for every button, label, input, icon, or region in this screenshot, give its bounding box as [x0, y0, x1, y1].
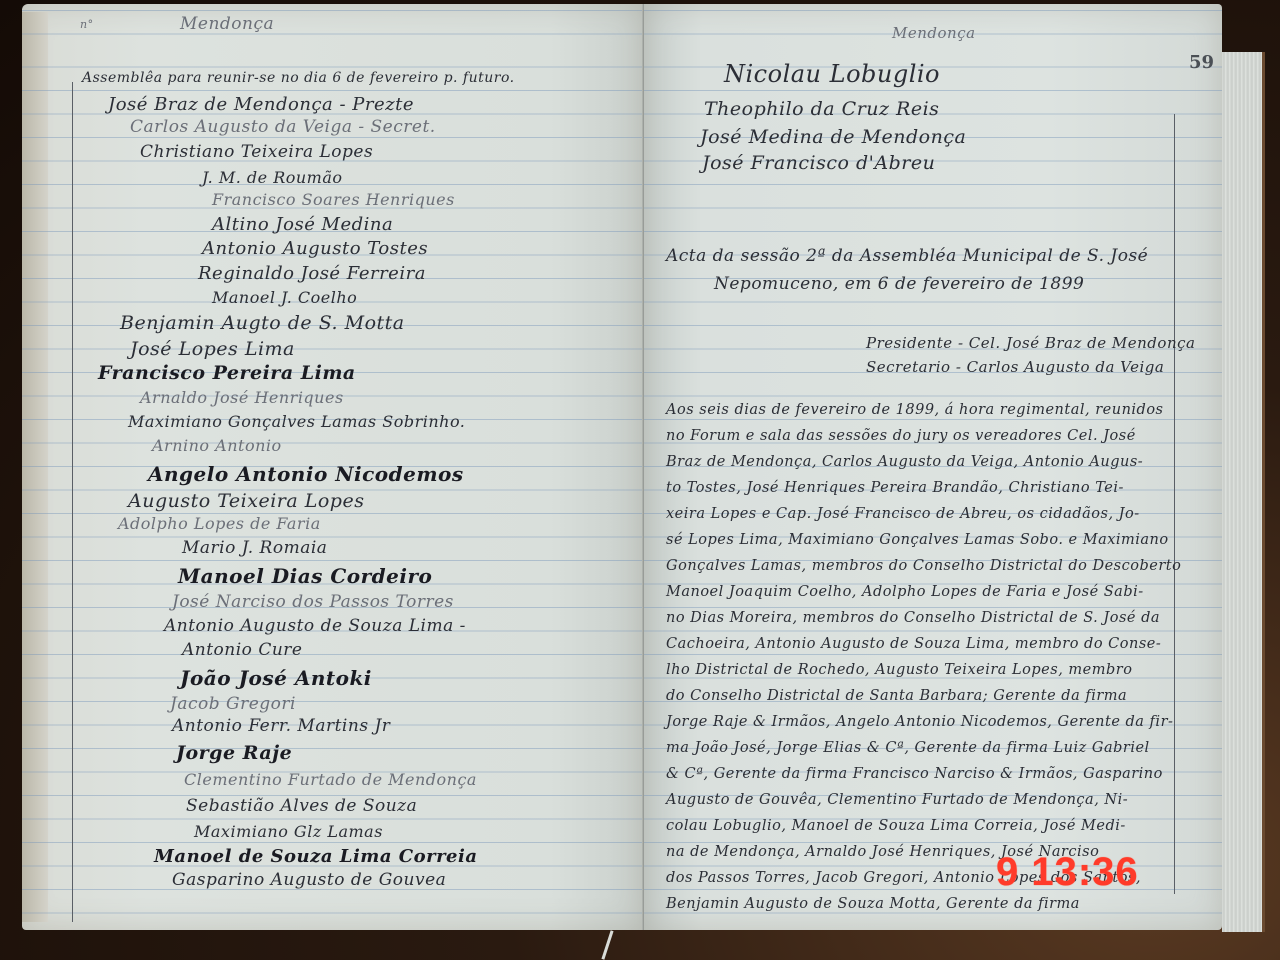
signature: Clementino Furtado de Mendonça	[184, 770, 477, 789]
body-line: no Forum e sala das sessões do jury os v…	[666, 428, 1136, 444]
signature: Manoel Dias Cordeiro	[178, 564, 432, 588]
minutes-title-line: Acta da sessão 2ª da Assembléa Municipal…	[666, 246, 1148, 266]
body-line: Braz de Mendonça, Carlos Augusto da Veig…	[666, 454, 1143, 470]
signature: José Francisco d'Abreu	[702, 152, 935, 174]
body-line: lho Districtal de Rochedo, Augusto Teixe…	[666, 662, 1132, 678]
signature: Antonio Ferr. Martins Jr	[172, 716, 390, 736]
right-page: Mendonça 59 Nicolau Lobuglio Theophilo d…	[644, 4, 1222, 930]
body-line: Gonçalves Lamas, membros do Conselho Dis…	[666, 558, 1181, 574]
signature: Arnino Antonio	[152, 436, 282, 455]
running-header: Mendonça	[892, 24, 976, 42]
intro-line: Assemblêa para reunir-se no dia 6 de fev…	[82, 70, 515, 86]
signature: José Narciso dos Passos Torres	[172, 592, 454, 612]
signature: José Braz de Mendonça - Prezte	[108, 94, 414, 115]
signature: Angelo Antonio Nicodemos	[148, 462, 464, 486]
body-line: Jorge Raje & Irmãos, Angelo Antonio Nico…	[666, 714, 1173, 730]
body-line: ma João José, Jorge Elias & Cª, Gerente …	[666, 740, 1150, 756]
body-line: sé Lopes Lima, Maximiano Gonçalves Lamas…	[666, 532, 1169, 548]
signature: Adolpho Lopes de Faria	[118, 514, 321, 533]
signature: Francisco Soares Henriques	[212, 190, 455, 209]
body-line: Augusto de Gouvêa, Clementino Furtado de…	[666, 792, 1128, 808]
body-line: Benjamin Augusto de Souza Motta, Gerente…	[666, 896, 1080, 912]
right-page-edges	[1222, 52, 1265, 932]
page-number: 59	[1189, 52, 1214, 73]
signature: Mario J. Romaia	[182, 538, 327, 558]
signature: Augusto Teixeira Lopes	[128, 490, 364, 512]
signature: Jacob Gregori	[170, 694, 296, 714]
signature: Carlos Augusto da Veiga - Secret.	[130, 117, 436, 137]
signature: Theophilo da Cruz Reis	[704, 98, 939, 120]
body-line: Cachoeira, Antonio Augusto de Souza Lima…	[666, 636, 1161, 652]
signature: Antonio Augusto Tostes	[202, 238, 428, 259]
right-margin-line	[1174, 114, 1175, 894]
signature: Altino José Medina	[212, 214, 393, 235]
body-line: do Conselho Districtal de Santa Barbara;…	[666, 688, 1127, 704]
left-page: n° Mendonça Assemblêa para reunir-se no …	[22, 4, 644, 930]
minutes-title-line: Nepomuceno, em 6 de fevereiro de 1899	[714, 274, 1084, 294]
signature: Manoel J. Coelho	[212, 288, 357, 307]
signature: Maximiano Glz Lamas	[194, 822, 383, 841]
body-line: to Tostes, José Henriques Pereira Brandã…	[666, 480, 1124, 496]
body-line: Aos seis dias de fevereiro de 1899, á ho…	[666, 402, 1164, 418]
running-header: Mendonça	[180, 14, 274, 34]
signature: José Lopes Lima	[130, 338, 295, 360]
signature: Antonio Cure	[182, 640, 302, 660]
signature: Christiano Teixeira Lopes	[140, 142, 373, 162]
open-ledger-book: n° Mendonça Assemblêa para reunir-se no …	[22, 4, 1272, 940]
signature: Francisco Pereira Lima	[98, 362, 356, 384]
signature: Manoel de Souza Lima Correia	[154, 846, 478, 867]
body-line: xeira Lopes e Cap. José Francisco de Abr…	[666, 506, 1140, 522]
signature: Maximiano Gonçalves Lamas Sobrinho.	[128, 412, 465, 431]
signature: Arnaldo José Henriques	[140, 388, 344, 407]
signature: Antonio Augusto de Souza Lima -	[164, 616, 466, 636]
signature: Gasparino Augusto de Gouvea	[172, 870, 446, 890]
corner-mark: n°	[80, 18, 94, 31]
signature: José Medina de Mendonça	[700, 126, 966, 148]
signature: Benjamin Augto de S. Motta	[120, 312, 405, 334]
signature: Jorge Raje	[176, 742, 292, 764]
signature: J. M. de Roumão	[202, 168, 343, 187]
body-line: no Dias Moreira, membros do Conselho Dis…	[666, 610, 1160, 626]
left-margin-line	[72, 82, 73, 922]
body-line: Manoel Joaquim Coelho, Adolpho Lopes de …	[666, 584, 1144, 600]
signature: Sebastião Alves de Souza	[186, 796, 417, 816]
signature: João José Antoki	[180, 666, 372, 690]
president-line: Presidente - Cel. José Braz de Mendonça	[866, 334, 1195, 352]
signature: Nicolau Lobuglio	[724, 60, 940, 88]
body-line: colau Lobuglio, Manoel de Souza Lima Cor…	[666, 818, 1126, 834]
signature: Reginaldo José Ferreira	[198, 263, 426, 284]
camera-timestamp-overlay: 9 13:36	[996, 850, 1139, 895]
secretary-line: Secretario - Carlos Augusto da Veiga	[866, 358, 1164, 376]
body-line: & Cª, Gerente da firma Francisco Narciso…	[666, 766, 1163, 782]
